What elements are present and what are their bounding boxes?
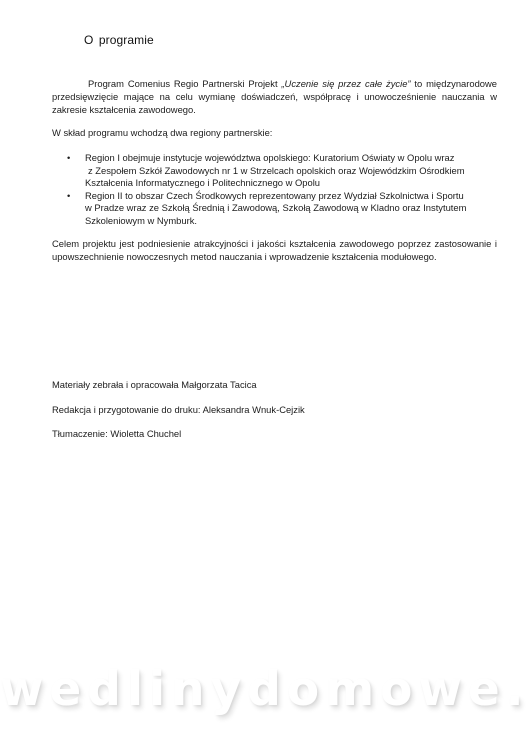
intro-paragraph: Program Comenius Regio Partnerski Projek… (52, 78, 497, 116)
list-item-line: z Zespołem Szkół Zawodowych nr 1 w Strze… (85, 165, 497, 178)
document-page: O programie Program Comenius Regio Partn… (0, 0, 530, 750)
section-heading: O programie (84, 33, 154, 47)
credit-author: Materiały zebrała i opracowała Małgorzat… (52, 379, 257, 390)
intro-text-start: Program Comenius Regio Partnerski Projek… (88, 78, 281, 89)
list-item-line: w Pradze wraz ze Szkołą Średnią i Zawodo… (85, 202, 497, 215)
goal-paragraph: Celem projektu jest podniesienie atrakcy… (52, 238, 497, 264)
credit-editor: Redakcja i przygotowanie do druku: Aleks… (52, 404, 305, 415)
bullet-icon: • (67, 152, 70, 165)
list-item-line: Region I obejmuje instytucje województwa… (85, 152, 497, 165)
bullet-icon: • (67, 190, 70, 203)
list-item-line: Kształcenia Informatycznego i Politechni… (85, 177, 497, 190)
list-item-line: Region II to obszar Czech Środkowych rep… (85, 190, 497, 203)
list-item: • Region II to obszar Czech Środkowych r… (52, 190, 497, 228)
project-title: „Uczenie się przez całe życie” (281, 78, 410, 89)
regions-list: • Region I obejmuje instytucje województ… (52, 152, 497, 227)
list-item: • Region I obejmuje instytucje województ… (52, 152, 497, 190)
credit-translator: Tłumaczenie: Wioletta Chuchel (52, 428, 181, 439)
watermark: wedlinydomowe.pl (0, 662, 530, 717)
list-item-line: Szkoleniowym w Nymburk. (85, 215, 497, 228)
regions-intro: W skład programu wchodzą dwa regiony par… (52, 127, 497, 140)
